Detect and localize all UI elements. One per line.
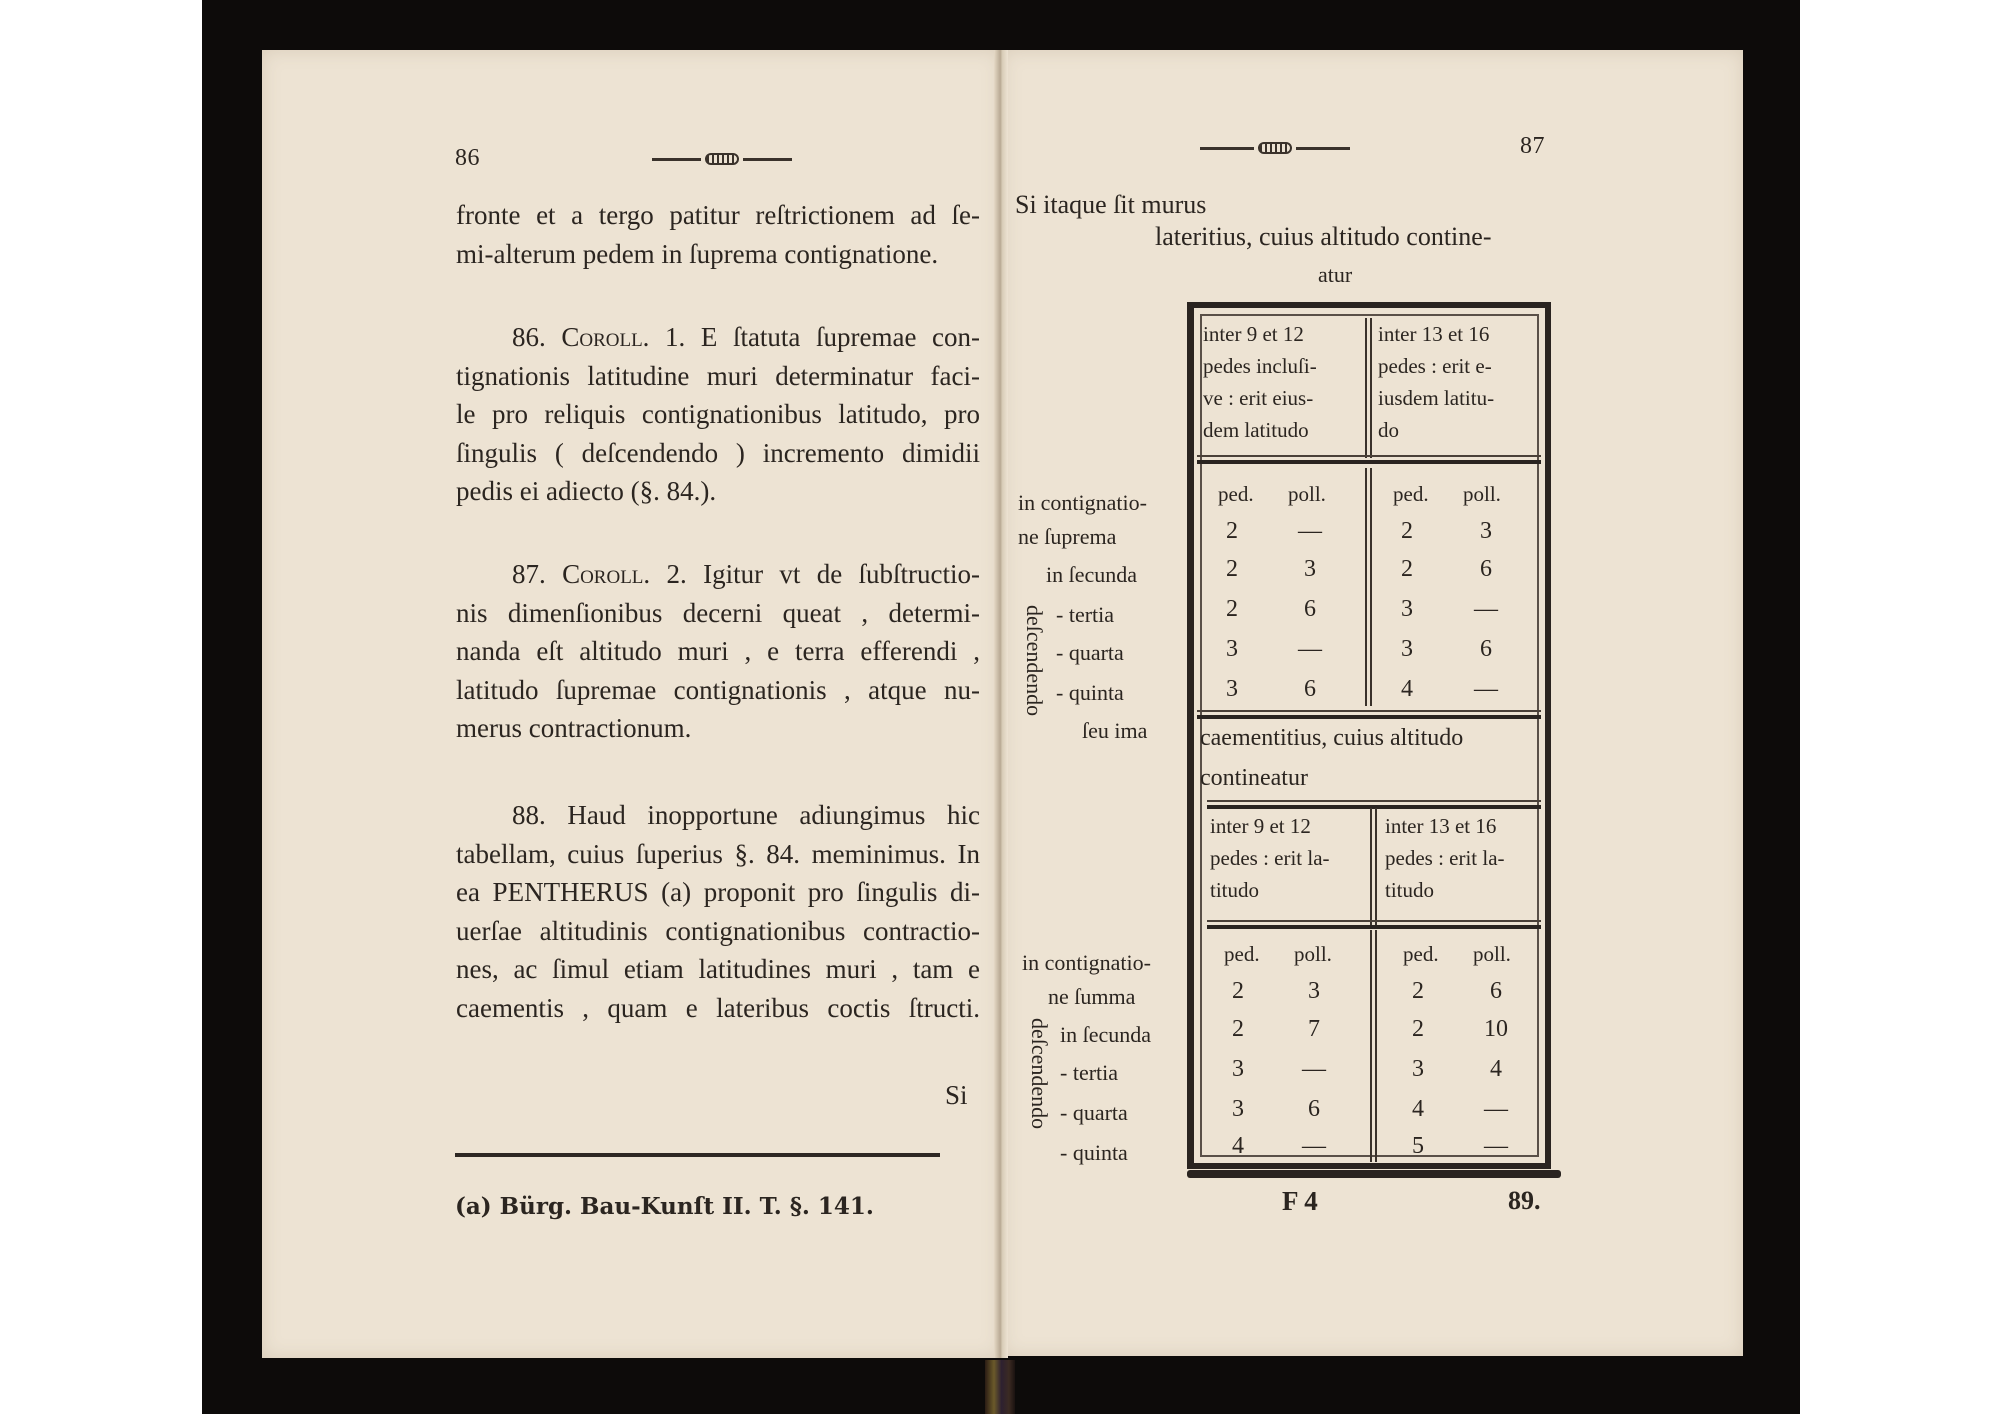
unit-ped: ped. bbox=[1218, 478, 1254, 510]
text-line: Haud inopportune adiungimus hic bbox=[567, 800, 980, 830]
footnote-rule bbox=[455, 1153, 940, 1157]
vertical-label-descendendo: deſcendendo bbox=[1021, 605, 1047, 716]
row-label: in ſecunda bbox=[1060, 1022, 1151, 1048]
paragraph-number: 88. bbox=[512, 800, 546, 830]
text-line: pedis ei adiecto (§. 84.). bbox=[456, 472, 980, 511]
signature-mark: F 4 bbox=[1282, 1186, 1318, 1217]
row-label: - quinta bbox=[1056, 680, 1124, 706]
book-spine bbox=[985, 1360, 1015, 1414]
row-label: ne ſumma bbox=[1048, 984, 1135, 1010]
table-middle-text: caementitius, cuius altitudo contineatur bbox=[1200, 718, 1463, 798]
footnote: (a) Bürg. Bau-Kunſt II. T. §. 141. bbox=[455, 1193, 874, 1220]
unit-ped: ped. bbox=[1403, 938, 1439, 970]
paragraph-88: 88. Haud inopportune adiungimus hic tabe… bbox=[456, 796, 980, 1027]
column-divider bbox=[1370, 808, 1377, 928]
intro-line: atur bbox=[1318, 262, 1352, 288]
left-page-number: 86 bbox=[455, 145, 480, 172]
paragraph-number: 87. bbox=[512, 559, 546, 589]
unit-poll: poll. bbox=[1473, 938, 1511, 970]
column-divider bbox=[1365, 468, 1372, 706]
row-label: in contignatio- bbox=[1018, 490, 1147, 516]
text-line: E ſtatuta ſupremae con- bbox=[701, 322, 980, 352]
paragraph-86: 86. Coroll. 1. E ſtatuta ſupremae con- t… bbox=[456, 318, 980, 511]
text-line: caementis , quam e lateribus coctis ſtru… bbox=[456, 989, 980, 1028]
headpiece-ornament-icon bbox=[1200, 143, 1350, 153]
text-line: ea PENTHERUS (a) proponit pro ſingulis d… bbox=[456, 873, 980, 912]
unit-poll: poll. bbox=[1463, 478, 1501, 510]
column-divider bbox=[1370, 930, 1377, 1162]
table1-header-right: inter 13 et 16 pedes : erit e- iusdem la… bbox=[1378, 318, 1494, 446]
row-label: - quarta bbox=[1060, 1100, 1128, 1126]
vertical-label-descendendo: deſcendendo bbox=[1026, 1018, 1052, 1129]
table1-header-left: inter 9 et 12 pedes incluſi- ve : erit e… bbox=[1203, 318, 1317, 446]
text-line: latitudo ſupremae contignationis , atque… bbox=[456, 671, 980, 710]
row-label: - quarta bbox=[1056, 640, 1124, 666]
text-line: merus contractionum. bbox=[456, 709, 980, 748]
text-line: le pro reliquis contignationibus latitud… bbox=[456, 395, 980, 434]
catchword: Si bbox=[945, 1080, 968, 1111]
text-line: mi-alterum pedem in ſuprema contignation… bbox=[456, 235, 980, 274]
text-line: nis dimenſionibus decerni queat , determ… bbox=[456, 594, 980, 633]
table2-header-left: inter 9 et 12 pedes : erit la- titudo bbox=[1210, 810, 1330, 906]
paragraph-87: 87. Coroll. 2. Igitur vt de ſubſtructio-… bbox=[456, 555, 980, 748]
gutter bbox=[994, 50, 1008, 1358]
text-line: nanda eſt altitudo muri , e terra effere… bbox=[456, 632, 980, 671]
corollary-label: Coroll. 2. bbox=[562, 559, 687, 589]
intro-line: lateritius, cuius altitudo contine- bbox=[1155, 222, 1491, 252]
text-line: tabellam, cuius ſuperius §. 84. meminimu… bbox=[456, 835, 980, 874]
row-label: - tertia bbox=[1056, 602, 1114, 628]
catch-number: 89. bbox=[1508, 1186, 1541, 1216]
corollary-label: Coroll. 1. bbox=[561, 322, 685, 352]
row-label: ſeu ima bbox=[1082, 718, 1147, 744]
right-page-number: 87 bbox=[1520, 133, 1545, 160]
paragraph-number: 86. bbox=[512, 322, 546, 352]
table2-header-right: inter 13 et 16 pedes : erit la- titudo bbox=[1385, 810, 1505, 906]
unit-ped: ped. bbox=[1224, 938, 1260, 970]
headpiece-ornament-icon bbox=[652, 154, 792, 164]
row-label: - quinta bbox=[1060, 1140, 1128, 1166]
table-bottom-rule bbox=[1187, 1170, 1561, 1178]
text-line: ſingulis ( deſcendendo ) incremento dimi… bbox=[456, 434, 980, 473]
text-line: nes, ac ſimul etiam latitudines muri , t… bbox=[456, 950, 980, 989]
text-line: tignationis latitudine muri determinatur… bbox=[456, 357, 980, 396]
header-rule bbox=[1207, 920, 1541, 929]
column-divider bbox=[1365, 318, 1372, 458]
row-label: ne ſuprema bbox=[1018, 524, 1116, 550]
unit-poll: poll. bbox=[1288, 478, 1326, 510]
row-label: in ſecunda bbox=[1046, 562, 1137, 588]
row-label: in contignatio- bbox=[1022, 950, 1151, 976]
continuation-text: fronte et a tergo patitur reſtrictionem … bbox=[456, 196, 980, 273]
text-line: uerſae altitudinis contignationibus cont… bbox=[456, 912, 980, 951]
header-rule bbox=[1197, 455, 1541, 464]
intro-line: Si itaque ſit murus bbox=[1015, 190, 1206, 220]
unit-poll: poll. bbox=[1294, 938, 1332, 970]
text-line: fronte et a tergo patitur reſtrictionem … bbox=[456, 196, 980, 235]
text-line: Igitur vt de ſubſtructio- bbox=[703, 559, 980, 589]
row-label: - tertia bbox=[1060, 1060, 1118, 1086]
unit-ped: ped. bbox=[1393, 478, 1429, 510]
